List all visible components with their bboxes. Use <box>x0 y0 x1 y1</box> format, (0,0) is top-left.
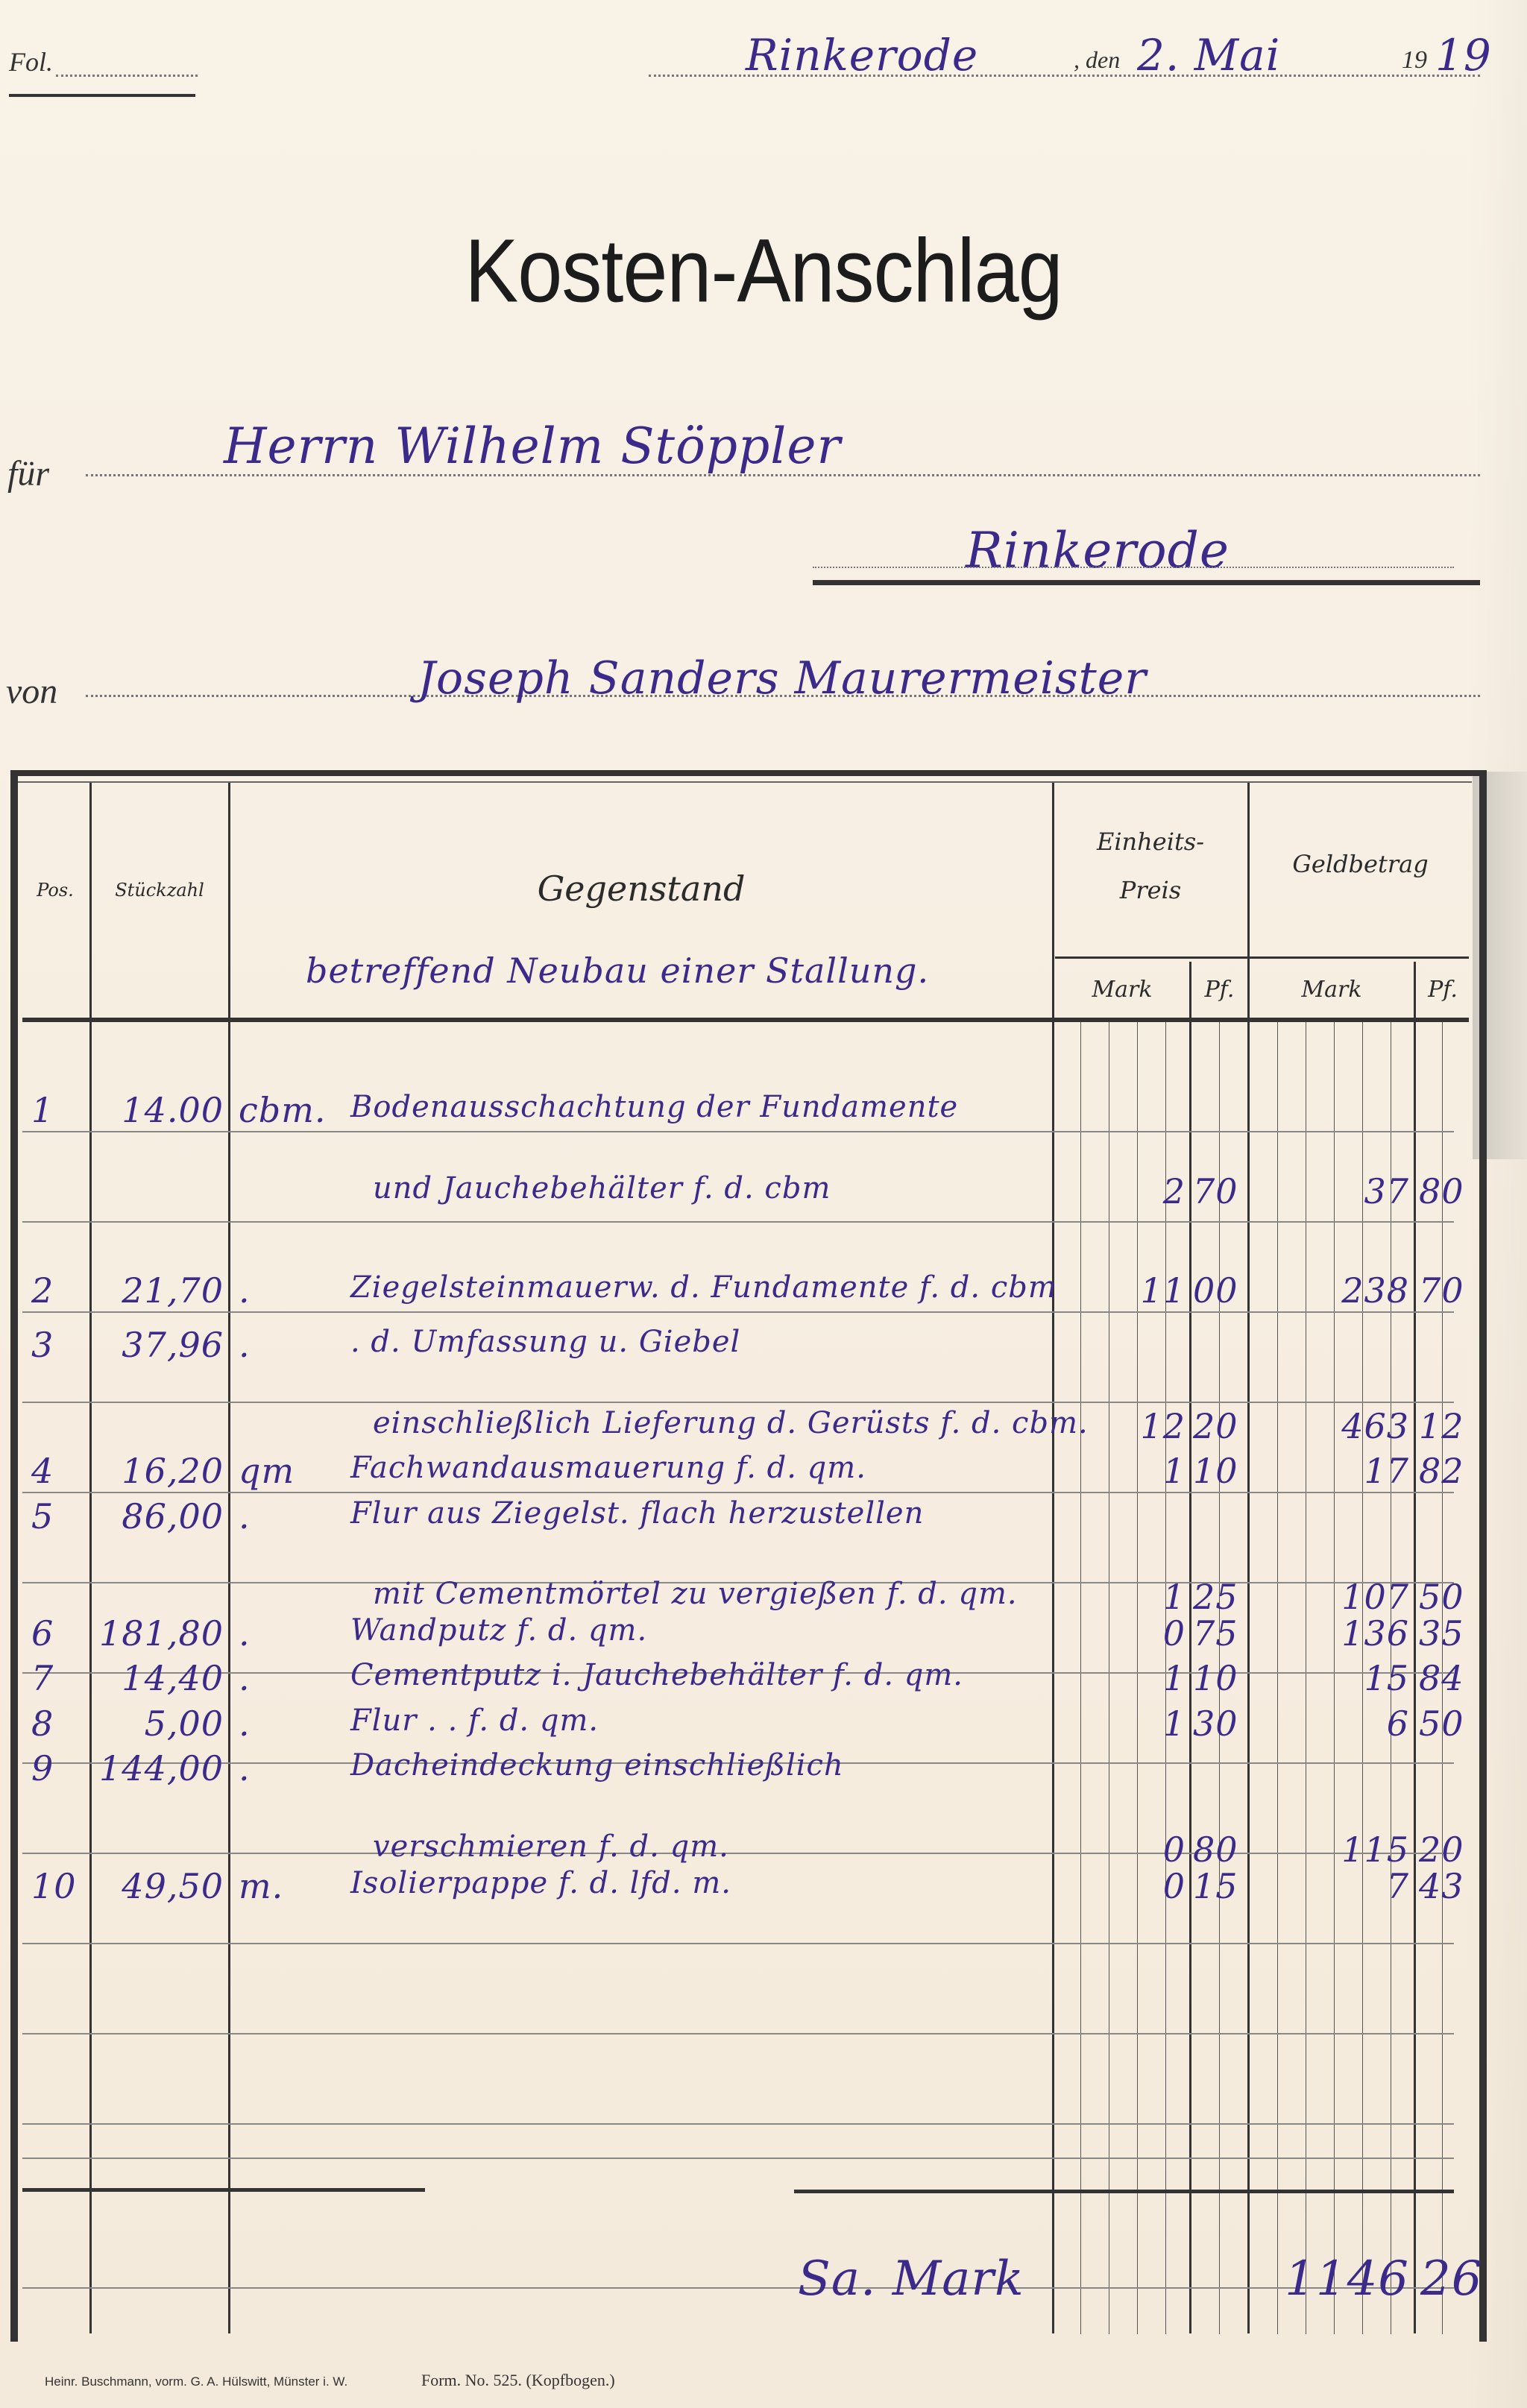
date-handwritten: 2. Mai <box>1137 30 1280 81</box>
row-pos: 1 <box>31 1090 54 1130</box>
row-unit: cbm. <box>239 1090 326 1130</box>
writing-line <box>22 2158 1454 2159</box>
row-amount-pf: 82 <box>1419 1451 1464 1491</box>
von-label: von <box>6 671 57 712</box>
den-label: , den <box>1074 46 1120 74</box>
row-amount-pf: 80 <box>1419 1171 1464 1211</box>
row-amount-mark: 238 <box>1260 1270 1409 1311</box>
writing-line <box>22 2033 1454 2034</box>
row-pos: 4 <box>31 1451 54 1491</box>
row-pos: 9 <box>31 1748 54 1788</box>
total-label: Sa. Mark <box>798 2251 1024 2307</box>
row-amount-mark: 17 <box>1260 1451 1409 1491</box>
fol-underline <box>9 94 195 97</box>
header-price-pf: Pf. <box>1191 977 1247 1003</box>
row-pos: 8 <box>31 1703 54 1744</box>
row-unit: . <box>239 1325 251 1365</box>
row-description: Ziegelsteinmauerw. d. Fundamente f. d. c… <box>350 1270 1057 1305</box>
row-unit-price-mark: 1 <box>1074 1658 1186 1698</box>
row-amount-pf: 50 <box>1419 1703 1464 1744</box>
row-unit-price-pf: 30 <box>1193 1703 1238 1744</box>
row-unit: qm <box>239 1451 295 1491</box>
row-description: mit Cementmörtel zu vergießen f. d. qm. <box>373 1577 1018 1611</box>
header-unit-price-2: Preis <box>1055 876 1246 904</box>
header-unit-price-1: Einheits- <box>1055 828 1246 856</box>
writing-line <box>22 1402 1454 1403</box>
header-price-mark: Mark <box>1055 977 1189 1003</box>
header-bottom-rule <box>22 1018 1469 1022</box>
money-subheader-rule <box>1055 956 1469 959</box>
fol-label: Fol. <box>9 46 53 78</box>
header-amount-pf: Pf. <box>1416 977 1470 1003</box>
total-rule-right <box>794 2190 1454 2193</box>
row-description: Cementputz i. Jauchebehälter f. d. qm. <box>350 1658 963 1692</box>
writing-line <box>22 1221 1454 1223</box>
row-pos: 2 <box>31 1270 54 1311</box>
writing-line <box>22 2287 1454 2289</box>
row-qty: 49,50 <box>97 1866 224 1906</box>
header-qty: Stückzahl <box>92 880 227 901</box>
row-unit-price-pf: 15 <box>1193 1866 1238 1906</box>
fuer-label: für <box>7 453 49 494</box>
row-unit: m. <box>239 1866 283 1906</box>
printer-imprint: Heinr. Buschmann, vorm. G. A. Hülswitt, … <box>45 2374 347 2389</box>
row-unit-price-mark: 1 <box>1074 1703 1186 1744</box>
row-description: verschmieren f. d. qm. <box>373 1829 729 1864</box>
row-amount-pf: 12 <box>1419 1406 1464 1446</box>
row-description: Flur aus Ziegelst. flach herzustellen <box>350 1496 924 1531</box>
sender-name: Joseph Sanders Maurermeister <box>418 652 1147 705</box>
row-amount-mark: 115 <box>1260 1829 1409 1870</box>
col-divider-price-pf <box>1189 962 1191 2333</box>
row-unit: . <box>239 1703 251 1744</box>
subject-line: betreffend Neubau einer Stallung. <box>306 951 929 991</box>
row-unit-price-mark: 0 <box>1074 1866 1186 1906</box>
row-unit-price-pf: 70 <box>1193 1171 1238 1211</box>
addressee-place: Rinkerode <box>966 522 1230 579</box>
row-amount-pf: 70 <box>1419 1270 1464 1311</box>
row-unit-price-mark: 0 <box>1074 1613 1186 1654</box>
row-amount-pf: 50 <box>1419 1577 1464 1617</box>
row-unit: . <box>239 1658 251 1698</box>
row-qty: 144,00 <box>97 1748 224 1788</box>
total-rule-left <box>22 2188 425 2192</box>
row-unit-price-pf: 75 <box>1193 1613 1238 1654</box>
row-amount-pf: 84 <box>1419 1658 1464 1698</box>
row-pos: 7 <box>31 1658 54 1698</box>
writing-line <box>22 2123 1454 2125</box>
row-unit-price-pf: 25 <box>1193 1577 1238 1617</box>
cost-table <box>10 770 1487 2342</box>
col-divider-pos <box>89 783 92 2333</box>
row-unit-price-pf: 20 <box>1193 1406 1238 1446</box>
header-amount: Geldbetrag <box>1250 850 1470 878</box>
row-description: Flur . . f. d. qm. <box>350 1703 599 1738</box>
row-unit-price-pf: 00 <box>1193 1270 1238 1311</box>
row-unit-price-pf: 80 <box>1193 1829 1238 1870</box>
header-item: Gegenstand <box>231 869 1051 909</box>
row-amount-mark: 136 <box>1260 1613 1409 1654</box>
row-qty: 14,40 <box>97 1658 224 1698</box>
row-unit-price-mark: 11 <box>1074 1270 1186 1311</box>
row-unit: . <box>239 1496 251 1536</box>
row-description: Wandputz f. d. qm. <box>350 1613 647 1648</box>
row-description: und Jauchebehälter f. d. cbm <box>373 1171 831 1205</box>
row-amount-mark: 37 <box>1260 1171 1409 1211</box>
total-mark: 1146 <box>1268 2251 1409 2307</box>
writing-line <box>22 1492 1454 1493</box>
address-rule <box>813 580 1480 585</box>
row-amount-mark: 7 <box>1260 1866 1409 1906</box>
row-description: Dacheindeckung einschließlich <box>350 1748 844 1783</box>
header-pos: Pos. <box>22 880 88 901</box>
row-unit-price-mark: 1 <box>1074 1577 1186 1617</box>
row-qty: 5,00 <box>97 1703 224 1744</box>
row-qty: 21,70 <box>97 1270 224 1311</box>
row-qty: 86,00 <box>97 1496 224 1536</box>
col-divider-item <box>1052 783 1054 2333</box>
row-amount-mark: 107 <box>1260 1577 1409 1617</box>
row-pos: 3 <box>31 1325 54 1365</box>
writing-line <box>22 1853 1454 1854</box>
row-amount-pf: 20 <box>1419 1829 1464 1870</box>
year-handwritten: 19 <box>1435 30 1492 81</box>
row-qty: 181,80 <box>97 1613 224 1654</box>
row-unit: . <box>239 1613 251 1654</box>
addressee-name: Herrn Wilhelm Stöppler <box>224 417 841 475</box>
row-description: Bodenausschachtung der Fundamente <box>350 1090 958 1124</box>
fol-dotted-line <box>56 75 198 77</box>
row-amount-pf: 35 <box>1419 1613 1464 1654</box>
row-amount-mark: 463 <box>1260 1406 1409 1446</box>
row-unit: . <box>239 1270 251 1311</box>
row-pos: 10 <box>31 1866 77 1906</box>
row-pos: 6 <box>31 1613 54 1654</box>
col-divider-amount-pf <box>1414 962 1416 2333</box>
row-unit-price-mark: 12 <box>1074 1406 1186 1446</box>
row-description: einschließlich Lieferung d. Gerüsts f. d… <box>373 1406 1089 1440</box>
header-amount-mark: Mark <box>1250 977 1413 1003</box>
writing-line <box>22 1311 1454 1313</box>
row-description: . d. Umfassung u. Giebel <box>350 1325 740 1359</box>
place-dotted-line <box>813 567 1454 568</box>
row-unit-price-pf: 10 <box>1193 1451 1238 1491</box>
row-amount-mark: 6 <box>1260 1703 1409 1744</box>
writing-line <box>22 1943 1454 1944</box>
row-pos: 5 <box>31 1496 54 1536</box>
row-description: Fachwandausmauerung f. d. qm. <box>350 1451 866 1485</box>
row-unit-price-mark: 1 <box>1074 1451 1186 1491</box>
row-unit: . <box>239 1748 251 1788</box>
row-description: Isolierpappe f. d. lfd. m. <box>350 1866 731 1900</box>
place-handwritten: Rinkerode <box>746 30 978 81</box>
form-number: Form. No. 525. (Kopfbogen.) <box>421 2371 615 2390</box>
row-unit-price-mark: 0 <box>1074 1829 1186 1870</box>
row-unit-price-pf: 10 <box>1193 1658 1238 1698</box>
writing-line <box>22 1131 1454 1132</box>
row-amount-pf: 43 <box>1419 1866 1464 1906</box>
row-qty: 37,96 <box>97 1325 224 1365</box>
col-divider-price <box>1247 783 1250 2333</box>
year-prefix: 19 <box>1402 46 1427 75</box>
row-qty: 14.00 <box>97 1090 224 1130</box>
table-top-inner-rule <box>18 781 1472 783</box>
row-unit-price-mark: 2 <box>1074 1171 1186 1211</box>
col-divider-qty <box>228 783 230 2333</box>
row-amount-mark: 15 <box>1260 1658 1409 1698</box>
total-pf: 26 <box>1420 2251 1482 2307</box>
row-qty: 16,20 <box>97 1451 224 1491</box>
document-title: Kosten-Anschlag <box>0 218 1527 323</box>
